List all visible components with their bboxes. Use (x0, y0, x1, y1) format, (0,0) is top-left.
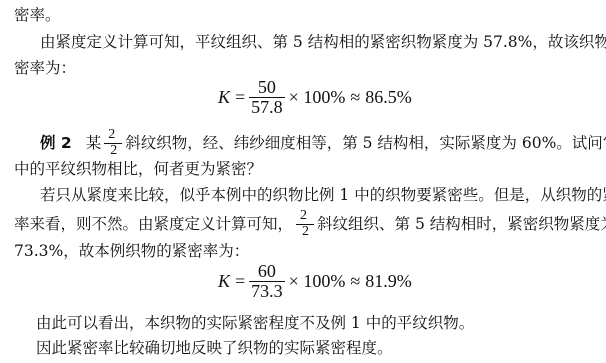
approx-sign: ≈ (350, 271, 360, 292)
conclusion-line-1: 由此可以看出，本织物的实际紧密程度不及例 1 中的平纹织物。 (36, 313, 474, 333)
example-label: 例 2 (40, 134, 72, 152)
formula-variable: K (218, 87, 230, 108)
formula-2: K = 60 73.3 × 100% ≈ 81.9% (218, 262, 412, 301)
paragraph-1-line-1: 由紧度定义计算可知，平纹组织、第 5 结构相的紧密织物紧度为 57.8%，故该织… (40, 32, 606, 52)
twill-denominator: 2 (110, 144, 117, 158)
paragraph-2-rest: 斜纹组织、第 5 结构相时，紧密织物紧度为 (317, 215, 606, 233)
fraction-denominator: 73.3 (249, 281, 285, 301)
paragraph-2-line-2: 率来看，则不然。由紧度定义计算可知，22斜纹组织、第 5 结构相时，紧密织物紧度… (14, 214, 606, 235)
formula-1: K = 50 57.8 × 100% ≈ 86.5% (218, 78, 412, 117)
example-2-line-1: 例 2某22斜纹织物，经、纬纱细度相等，第 5 结构相，实际紧度为 60%。试问… (40, 133, 606, 154)
example-text: 斜纹织物，经、纬纱细度相等，第 5 结构相，实际紧度为 60%。试问它与例 1 (125, 134, 606, 152)
twill-numerator: 2 (108, 128, 115, 142)
example-2-line-2: 中的平纹织物相比，何者更为紧密？ (14, 159, 262, 179)
equals-sign: = (235, 87, 245, 108)
text-line: 密率。 (14, 5, 61, 25)
twill-numerator: 2 (300, 209, 307, 223)
twill-fraction: 22 (294, 215, 316, 235)
fraction-numerator: 60 (256, 262, 278, 281)
multiplier: × 100% (289, 87, 346, 108)
example-prefix: 某 (86, 134, 102, 152)
formula-result: 81.9% (365, 271, 412, 292)
paragraph-2-line-1: 若只从紧度来比较，似乎本例中的织物比例 1 中的织物要紧密些。但是，从织物的紧密 (40, 185, 606, 205)
twill-denominator: 2 (302, 225, 309, 239)
fraction: 50 57.8 (249, 78, 285, 117)
fraction: 60 73.3 (249, 262, 285, 301)
paragraph-1-line-2: 密率为： (14, 58, 76, 78)
twill-fraction: 22 (102, 134, 124, 154)
equals-sign: = (235, 271, 245, 292)
fraction-denominator: 57.8 (249, 97, 285, 117)
formula-result: 86.5% (365, 87, 412, 108)
paragraph-2-line-3: 73.3%，故本例织物的紧密率为： (14, 241, 249, 261)
approx-sign: ≈ (350, 87, 360, 108)
fraction-numerator: 50 (256, 78, 278, 97)
multiplier: × 100% (289, 271, 346, 292)
paragraph-2-prefix: 率来看，则不然。由紧度定义计算可知， (14, 215, 293, 233)
conclusion-line-2: 因此紧密率比较确切地反映了织物的实际紧密程度。 (36, 338, 393, 358)
formula-variable: K (218, 271, 230, 292)
